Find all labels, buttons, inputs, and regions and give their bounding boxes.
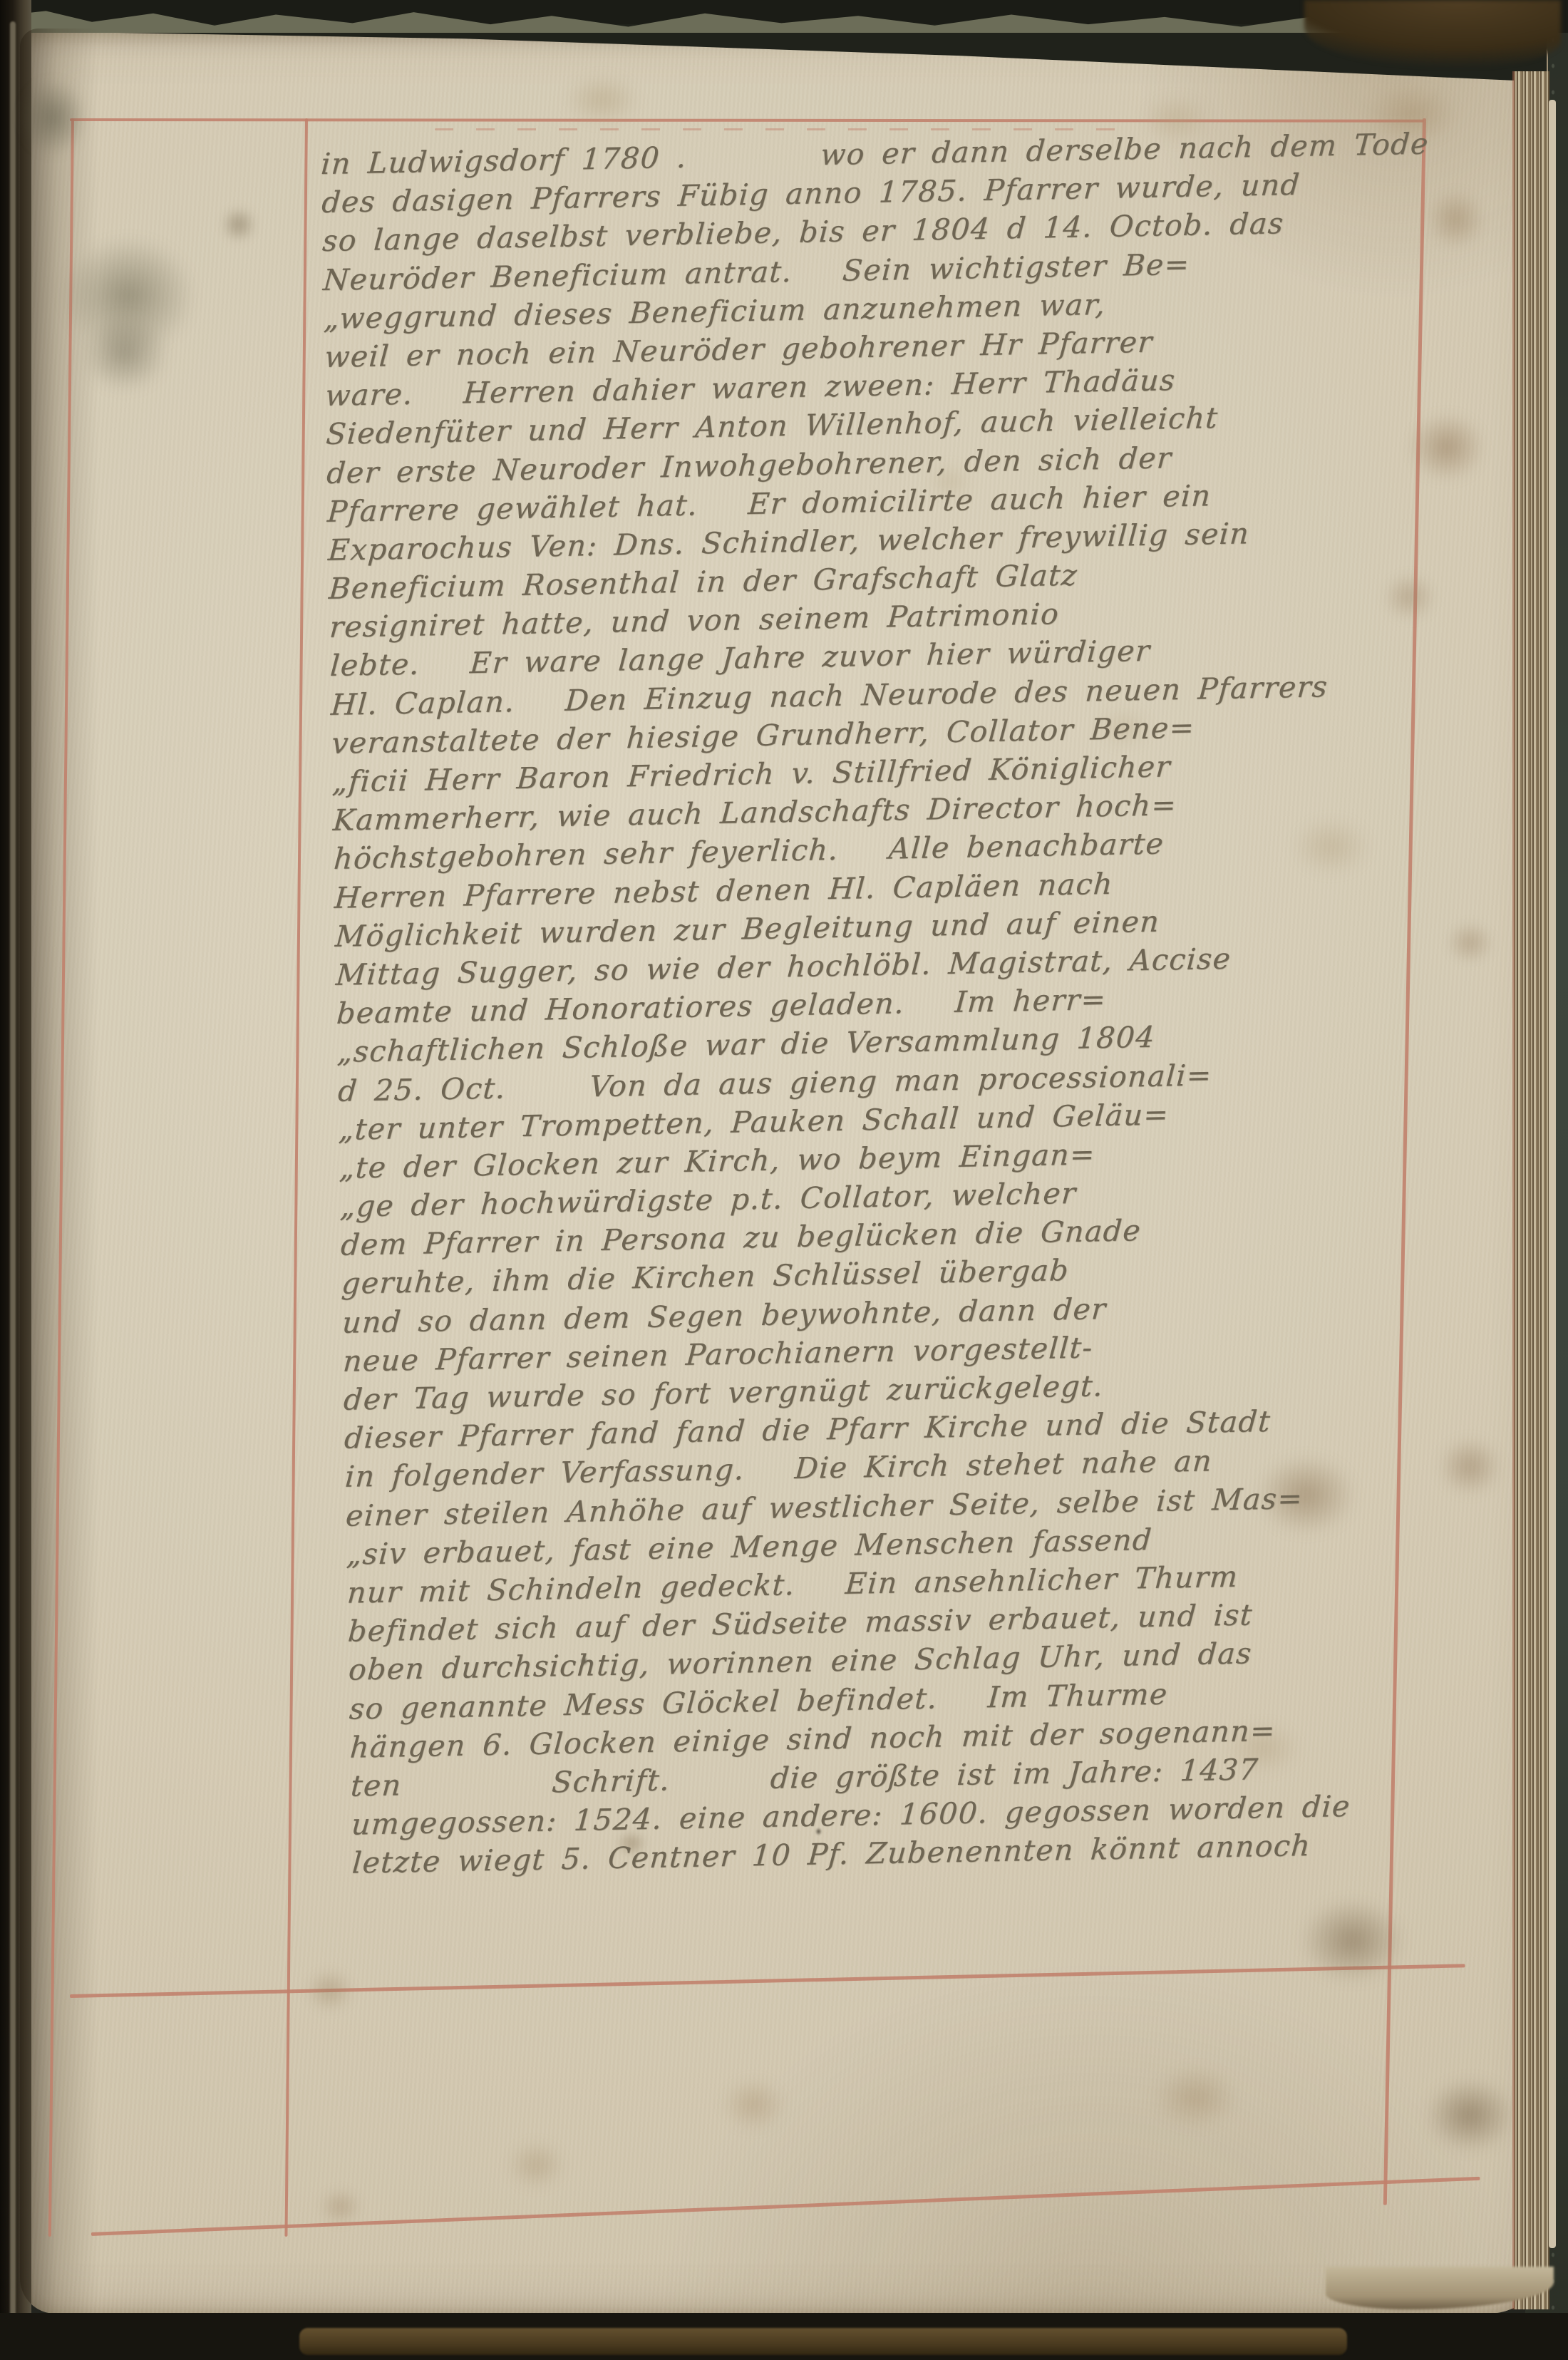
ruled-line-top-ghost: [435, 128, 1133, 130]
previous-leaf-edge: [10, 21, 16, 2338]
wood-table-strip: [299, 2328, 1347, 2355]
fore-edge-page-stack: [1514, 71, 1549, 2309]
book-photo: in Ludwigsdorf 1780 . wo er dann derselb…: [0, 0, 1568, 2360]
manuscript-text: in Ludwigsdorf 1780 . wo er dann derselb…: [321, 124, 1494, 1941]
